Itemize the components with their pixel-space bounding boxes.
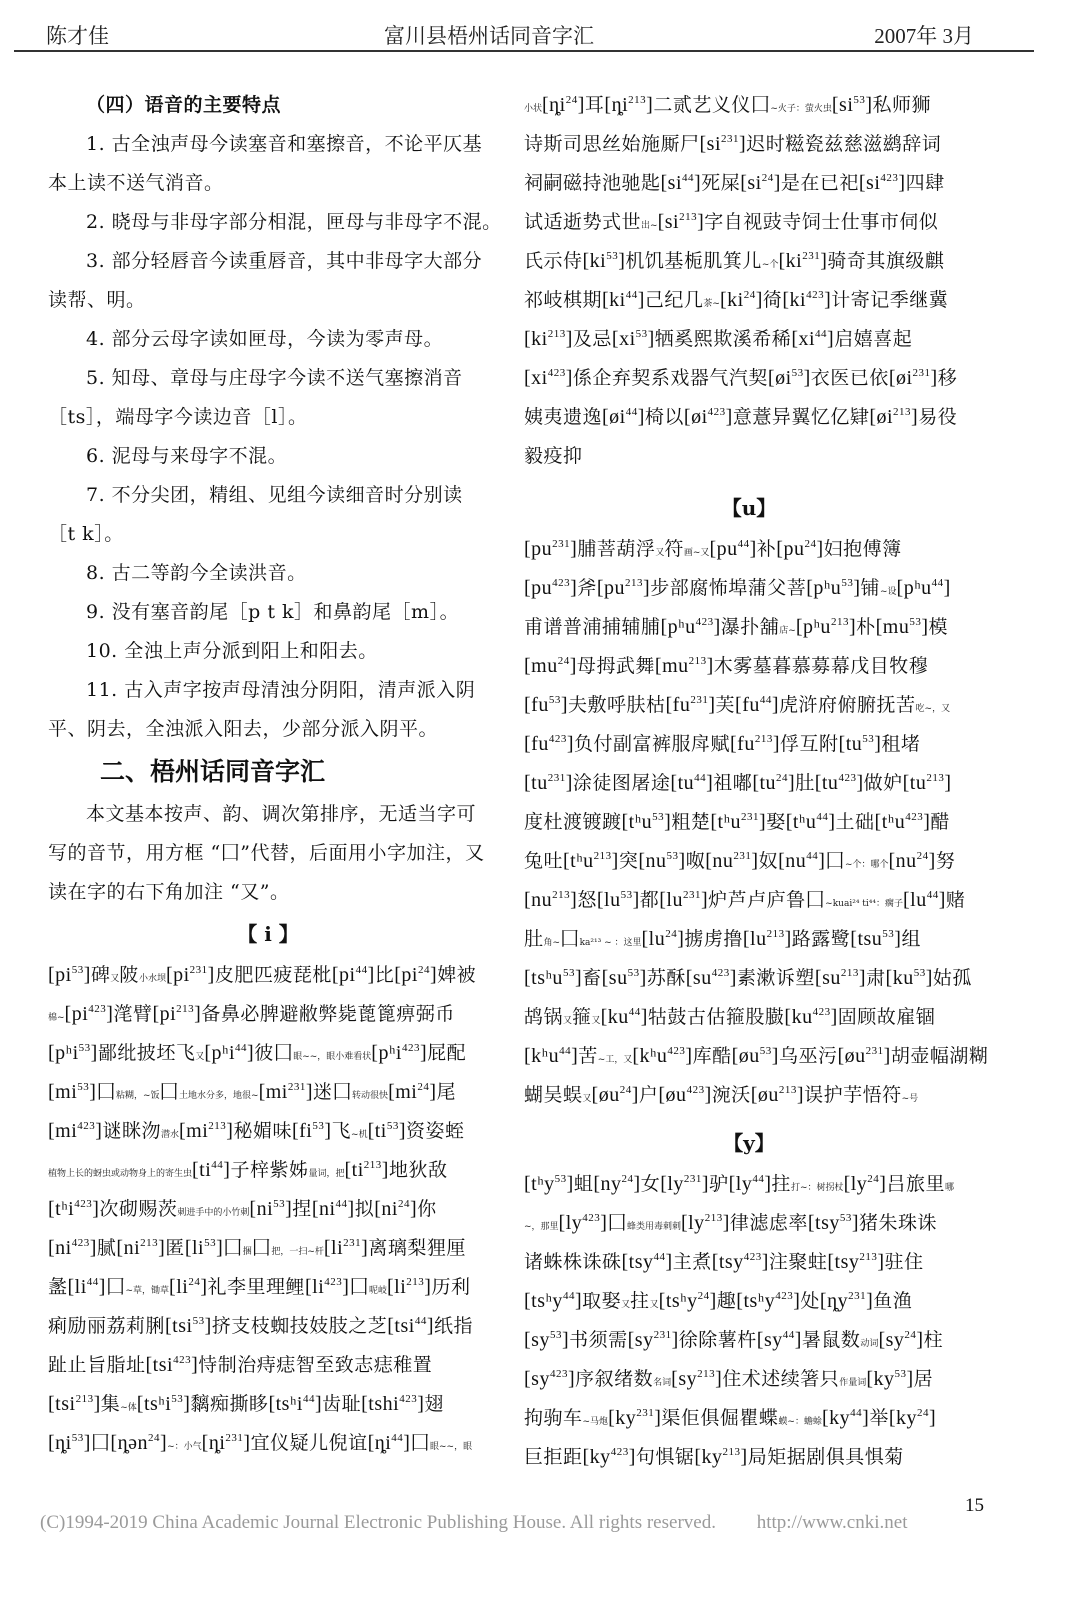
homophone-characters: 涴沃 [712, 1084, 751, 1106]
feature-item: 2. 晓母与非母字部分相混，匣母与非母字不混。 [48, 203, 488, 242]
homophone-characters: 木雾墓暮慕募幕戊目牧穆 [714, 655, 929, 677]
tone-number: 44 [211, 1159, 223, 1171]
syllable-ipa: [ni53] [249, 1198, 292, 1220]
dictionary-line: 祠嗣磁持池驰匙[si44]死屎[si24]是在已祀[si423]四肆 [524, 164, 974, 203]
syllable-ipa: [tsu53] [850, 928, 901, 950]
syllable-ipa: [mi53] [48, 1081, 96, 1103]
syllable-ipa: [pʰu53] [806, 577, 860, 599]
dictionary-line: 盠[li44]囗~草，锄草[li24]礼李里理鲤[li423]囗呢岐[li213… [48, 1268, 488, 1307]
tone-number: 213 [679, 211, 697, 223]
tone-number: 24 [188, 1276, 200, 1288]
small-annotation: 打~：树拐杖 [791, 1183, 844, 1193]
tone-number: 44 [235, 1042, 247, 1054]
rhyme-i-entries: [pi53]碑又陂小水坝[pi231]皮肥匹疲琵枇[pi44]比[pi24]婢被… [48, 956, 488, 1463]
feature-item-continuation: ［ts］，端母字今读边音［l］。 [48, 398, 488, 437]
homophone-characters: 囗 [825, 850, 845, 872]
tone-number: 231 [683, 889, 701, 901]
homophone-characters: 婢被 [437, 964, 476, 986]
homophone-characters: 係企弃契系戏器气汽契 [573, 367, 768, 389]
homophone-characters: 资姿蛭 [406, 1120, 465, 1142]
homophone-characters: 拄 [630, 1290, 650, 1312]
syllable-ipa: [pʰu423] [661, 616, 721, 638]
homophone-characters: 趾止旨脂址 [48, 1354, 146, 1376]
syllable-ipa: [ki231] [778, 250, 827, 272]
tone-number: 423 [611, 1446, 629, 1458]
tone-number: 53 [628, 967, 640, 979]
tone-number: 44 [738, 538, 750, 550]
syllable-ipa: [øu24] [592, 1084, 639, 1106]
syllable-ipa: [tu231] [524, 772, 573, 794]
tone-number: 53 [652, 811, 664, 823]
homophone-characters: 诗斯司思丝始施厮尸 [524, 133, 700, 155]
dictionary-line: 小状[ȵi24]耳[ȵi213]二贰艺义仪囗~火子：萤火虫[si53]私师狮 [524, 86, 974, 125]
homophone-characters: 虎浒府俯腑抚苦 [779, 694, 916, 716]
small-annotation: ~个 [762, 260, 779, 270]
homophone-characters: 乌巫污 [779, 1045, 838, 1067]
tone-number: 213 [406, 1276, 424, 1288]
syllable-ipa: [fu44] [735, 694, 779, 716]
homophone-characters: 牺奚熙欺溪希稀 [655, 328, 792, 350]
syllable-ipa: [si213] [658, 211, 705, 233]
tone-number: 231 [690, 694, 708, 706]
dictionary-line: [xi423]係企弃契系戏器气汽契[øi53]衣医已依[øi231]移 [524, 359, 974, 398]
syllable-ipa: [tsy53] [808, 1212, 859, 1234]
homophone-characters: 妇抱傅簿 [824, 538, 902, 560]
homophone-characters: 比 [375, 964, 395, 986]
small-annotation: 又 [583, 1094, 592, 1104]
syllable-ipa: [ly24] [844, 1173, 887, 1195]
copyright-footer: (C)1994-2019 China Academic Journal Elec… [40, 1512, 907, 1534]
tone-number: 24 [904, 1329, 916, 1341]
homophone-characters: 暑鼠数 [802, 1329, 861, 1351]
syllable-ipa: [ȵi213] [604, 94, 653, 116]
tone-number: 423 [696, 616, 714, 628]
dictionary-line: 痢励丽荔莉脷[tsi53]挤支枝蜘技妓肢之芝[tsi44]纸指 [48, 1307, 488, 1346]
syllable-ipa: [lu44] [903, 889, 946, 911]
syllable-ipa: [ȵi231] [202, 1432, 251, 1454]
feature-item: 5. 知母、章母与庄母字今读不送气塞擦消音 [48, 359, 488, 398]
tone-number: 53 [606, 250, 618, 262]
dictionary-line: [tsʰy44]取娶又拄又[tsʰy24]趣[tsʰy423]处[ȵy231]鱼… [524, 1282, 974, 1321]
syllable-ipa: [sy53] [524, 1329, 569, 1351]
homophone-characters: 骑奇其旗级麒 [827, 250, 944, 272]
homophone-characters: 迷囗 [313, 1081, 352, 1103]
syllable-ipa: [sy423] [524, 1368, 575, 1390]
homophone-characters: 女 [641, 1173, 661, 1195]
tone-number: 423 [582, 1212, 600, 1224]
homophone-characters: 局矩据剧俱具惧菊 [748, 1446, 904, 1468]
homophone-characters: 渠佢俱倔瞿蝶 [661, 1407, 778, 1429]
header-author: 陈才佳 [46, 20, 109, 50]
homophone-characters: 谜眯沕 [102, 1120, 161, 1142]
syllable-ipa: [pu213] [597, 577, 650, 599]
homophone-characters: 猪朱珠诛 [859, 1212, 937, 1234]
tone-number: 213 [779, 1084, 797, 1096]
homophone-characters: 字自视豉寺饲士仕事市伺似 [704, 211, 938, 233]
tone-number: 53 [882, 928, 894, 940]
syllable-ipa: [tsʰi53] [137, 1393, 191, 1415]
tone-number: 213 [364, 1159, 382, 1171]
tone-number: 44 [87, 1276, 99, 1288]
small-annotation: 土地水分多，地很~ [179, 1091, 259, 1101]
homophone-characters: 移 [938, 367, 958, 389]
rhyme-y-entries: [tʰy53]蛆[ny24]女[ly231]驴[ly44]拄打~：树拐杖[ly2… [524, 1165, 974, 1477]
tone-number: 53 [193, 1315, 205, 1327]
syllable-ipa: [xi53] [612, 328, 655, 350]
tone-number: 53 [563, 967, 575, 979]
tone-number: 213 [689, 655, 707, 667]
syllable-ipa: [ti53] [368, 1120, 406, 1142]
homophone-characters: 箍 [572, 1006, 592, 1028]
syllable-ipa: [mi423] [48, 1120, 102, 1142]
tone-number: 423 [77, 1120, 95, 1132]
syllable-ipa: [pi231] [166, 964, 215, 986]
syllable-ipa: [pu231] [524, 538, 577, 560]
tone-number: 24 [620, 1084, 632, 1096]
homophone-characters: 朴 [856, 616, 876, 638]
tone-number: 231 [848, 1290, 866, 1302]
syllable-ipa: [tsy44] [622, 1251, 673, 1273]
syllable-ipa: [pi423] [65, 1003, 114, 1025]
syllable-ipa: [ki24] [720, 289, 763, 311]
syllable-ipa: [kʰu423] [632, 1045, 692, 1067]
left-column: （四）语音的主要特点 1. 古全浊声母今读塞音和塞擦音，不论平仄基本上读不送气消… [48, 86, 488, 1463]
syllable-ipa: [tsʰi44] [268, 1393, 322, 1415]
homophone-characters: 蝴吴蜈 [524, 1084, 583, 1106]
syllable-ipa: [tshi423] [361, 1393, 424, 1415]
homophone-characters: 挤支枝蜘技妓肢之芝 [212, 1315, 388, 1337]
homophone-characters: 涂徒图屠途 [573, 772, 671, 794]
tone-number: 44 [629, 1006, 641, 1018]
tone-number: 53 [387, 1120, 399, 1132]
feature-item: 8. 古二等韵今全读洪音。 [48, 554, 488, 593]
homophone-characters: 俘互附 [780, 733, 839, 755]
tone-number: 423 [880, 172, 898, 184]
syllable-ipa: [tʰu44] [786, 811, 836, 833]
homophone-characters: 计寄记季继冀 [831, 289, 948, 311]
homophone-characters: 囗 [106, 1276, 126, 1298]
page-number: 15 [965, 1495, 984, 1517]
tone-number: 24 [558, 655, 570, 667]
homophone-characters: 户 [639, 1084, 659, 1106]
small-annotation: ~个：哪个 [845, 860, 889, 870]
tone-number: 231 [548, 772, 566, 784]
homophone-characters: 铺 [860, 577, 880, 599]
syllable-ipa: [lu213] [743, 928, 792, 950]
syllable-ipa: [øi423] [684, 406, 733, 428]
homophone-characters: 祖嘟 [713, 772, 752, 794]
small-annotation: ~体 [120, 1403, 137, 1413]
dictionary-line: [pʰi53]鄙纰披坯飞又[pʰi44]彼囗眼~~，眼小难看状[pʰi423]屁… [48, 1034, 488, 1073]
homophone-characters: 徐除薯杵 [679, 1329, 757, 1351]
tone-number: 213 [841, 967, 859, 979]
syllable-ipa: [tsʰu53] [524, 967, 582, 989]
syllable-ipa: [ki423] [782, 289, 831, 311]
homophone-characters: 你 [417, 1198, 437, 1220]
homophone-characters: 肃 [866, 967, 886, 989]
small-annotation: 捆 [243, 1247, 252, 1257]
intro-paragraph-line: 读在字的右下角加注 “又”。 [48, 873, 488, 912]
homophone-characters: 组 [901, 928, 921, 950]
tone-number: 53 [760, 1045, 772, 1057]
tone-number: 53 [909, 616, 921, 628]
syllable-ipa: [lu53] [597, 889, 640, 911]
syllable-ipa: [fu53] [524, 694, 568, 716]
rhyme-heading-y: 【y】 [524, 1121, 974, 1165]
dictionary-line: 祁岐棋期[ki44]己纪几茶~[ki24]徛[ki423]计寄记季继冀 [524, 281, 974, 320]
small-annotation: ~草，锄草 [125, 1286, 169, 1296]
homophone-characters: 粗楚 [671, 811, 710, 833]
syllable-ipa: [mi213] [179, 1120, 233, 1142]
syllable-ipa: [ni423] [48, 1237, 97, 1259]
syllable-ipa: [nu53] [638, 850, 685, 872]
homophone-characters: 努 [936, 850, 956, 872]
syllable-ipa: [pu44] [709, 538, 756, 560]
tone-number: 44 [682, 172, 694, 184]
syllable-ipa: [ky53] [866, 1368, 913, 1390]
syllable-ipa: [su53] [602, 967, 647, 989]
homophone-characters: 鸪锅 [524, 1006, 563, 1028]
homophone-characters: 地狄敌 [389, 1159, 448, 1181]
dictionary-line: [sy423]序叙绪数名词[sy213]住术述续箸只作量词[ky53]居 [524, 1360, 974, 1399]
syllable-ipa: [pi213] [152, 1003, 201, 1025]
tone-number: 213 [831, 616, 849, 628]
syllable-ipa: [pʰi423] [371, 1042, 427, 1064]
dictionary-line: [fu53]夫敷呼肤枯[fu231]芙[fu44]虎浒府俯腑抚苦吃~，又 [524, 686, 974, 725]
syllable-ipa: [ku53] [886, 967, 933, 989]
homophone-characters: 衣医已依 [811, 367, 889, 389]
small-annotation: 画~又 [684, 548, 710, 558]
syllable-ipa: [tsi44] [387, 1315, 434, 1337]
tone-number: 53 [667, 850, 679, 862]
running-header: 陈才佳 富川县梧州话同音字汇 2007年 3月 [14, 14, 1034, 52]
syllable-ipa: [fu423] [524, 733, 574, 755]
syllable-ipa: [pi24] [394, 964, 437, 986]
syllable-ipa: [su213] [815, 967, 866, 989]
footer-url[interactable]: http://www.cnki.net [757, 1512, 908, 1533]
tone-number: 423 [667, 1045, 685, 1057]
tone-number: 423 [905, 811, 923, 823]
tone-number: 423 [549, 733, 567, 745]
homophone-characters: 迟时糍瓷兹慈滋鹚辞词 [746, 133, 941, 155]
rhyme-i-entries-continued: 小状[ȵi24]耳[ȵi213]二贰艺义仪囗~火子：萤火虫[si53]私师狮诗斯… [524, 86, 974, 476]
tone-number: 44 [654, 1251, 666, 1263]
syllable-ipa: [nu213] [524, 889, 577, 911]
small-annotation: ka²¹³ ~ ：这里 [580, 938, 642, 948]
homophone-characters: 土础 [836, 811, 875, 833]
small-annotation: 店~ [779, 626, 796, 636]
syllable-ipa: [pʰi44] [204, 1042, 254, 1064]
syllable-ipa: [sy44] [757, 1329, 802, 1351]
feature-item: 9. 没有塞音韵尾［p t k］和鼻韵尾［m］。 [48, 593, 488, 632]
syllable-ipa: [pʰu213] [796, 616, 856, 638]
syllable-ipa: [mu53] [876, 616, 929, 638]
homophone-characters: 徛 [763, 289, 783, 311]
tone-number: 423 [744, 1251, 762, 1263]
intro-paragraph-line: 写的音节，用方框 “囗”代替，后面用小字加注，又 [48, 834, 488, 873]
dictionary-line: [pi53]碑又陂小水坝[pi231]皮肥匹疲琵枇[pi44]比[pi24]婢被 [48, 956, 488, 995]
tone-number: 231 [684, 1173, 702, 1185]
tone-number: 423 [813, 1006, 831, 1018]
dictionary-line: 诗斯司思丝始施厮尸[si231]迟时糍瓷兹慈滋鹚辞词 [524, 125, 974, 164]
syllable-ipa: [tʰi423] [48, 1198, 99, 1220]
tone-number: 213 [552, 889, 570, 901]
homophone-characters: 库酷 [693, 1045, 732, 1067]
syllable-ipa: [pu423] [524, 577, 577, 599]
dictionary-line: [pu423]斧[pu213]步部腐怖埠蒲父菩[pʰu53]铺~设[pʰu44] [524, 569, 974, 608]
homophone-characters: 素漱诉塑 [737, 967, 815, 989]
tone-number: 231 [802, 250, 820, 262]
dictionary-line: 蝴吴蜈又[øu24]户[øu423]涴沃[øu213]误护芋悟符~号 [524, 1076, 974, 1115]
homophone-characters: 模 [929, 616, 949, 638]
homophone-characters: 租堵 [881, 733, 920, 755]
syllable-ipa: [ni44] [312, 1198, 355, 1220]
syllable-ipa: [ly423] [559, 1212, 608, 1234]
syllable-ipa: [sy24] [878, 1329, 923, 1351]
small-annotation: 作量词 [839, 1378, 866, 1388]
syllable-ipa: [ki53] [583, 250, 626, 272]
small-annotation: 又 [650, 1300, 659, 1310]
homophone-characters: 己纪几 [645, 289, 704, 311]
rhyme-heading-i: 【 i 】 [48, 912, 488, 956]
small-annotation: 哪 [945, 1183, 954, 1193]
homophone-characters: 炉芦卢庐鲁囗 [708, 889, 825, 911]
homophone-characters: 补 [757, 538, 777, 560]
homophone-characters: 鱼渔 [873, 1290, 912, 1312]
dictionary-line: 甫谱普浦捕辅脯[pʰu423]瀑扑舖店~[pʰu213]朴[mu53]模 [524, 608, 974, 647]
homophone-characters: 掳虏撸 [684, 928, 743, 950]
small-annotation: 又 [195, 1052, 204, 1062]
tone-number: 53 [204, 1237, 216, 1249]
syllable-ipa: [li231] [324, 1237, 368, 1259]
syllable-ipa: [mu213] [655, 655, 714, 677]
tone-number: 423 [74, 1198, 92, 1210]
tone-number: 213 [625, 577, 643, 589]
phonetic-features-list: 1. 古全浊声母今读塞音和塞擦音，不论平仄基本上读不送气消音。2. 晓母与非母字… [48, 125, 488, 749]
small-annotation: 潜水 [161, 1130, 179, 1140]
syllable-ipa: [lu24] [641, 928, 684, 950]
tone-number: 213 [548, 328, 566, 340]
syllable-ipa: [tsi213] [48, 1393, 101, 1415]
small-annotation: 转动很快 [352, 1091, 388, 1101]
syllable-ipa: [nu231] [705, 850, 758, 872]
tone-number: 44 [850, 1407, 862, 1419]
syllable-ipa: [ȵi53] [48, 1432, 91, 1454]
small-annotation: 把，一扫~杆 [271, 1247, 324, 1257]
homophone-characters: 离璃梨狸厘 [368, 1237, 466, 1259]
syllable-ipa: [tsy213] [827, 1251, 884, 1273]
syllable-ipa: [ku44] [601, 1006, 648, 1028]
dictionary-line: 巨拒距[ky423]句惧锯[ky213]局矩据剧俱具惧菊 [524, 1438, 974, 1477]
syllable-ipa: [si24] [740, 172, 781, 194]
syllable-ipa: [ti44] [192, 1159, 230, 1181]
homophone-characters: 陂 [119, 964, 139, 986]
tone-number: 231 [741, 811, 759, 823]
homophone-characters: 举 [869, 1407, 889, 1429]
tone-number: 213 [755, 733, 773, 745]
tone-number: 423 [708, 406, 726, 418]
tone-number: 24 [776, 772, 788, 784]
homophone-characters: 吕旅里 [886, 1173, 945, 1195]
tone-number: 231 [733, 850, 751, 862]
homophone-characters: 固顾故雇锢 [838, 1006, 936, 1028]
syllable-ipa: [pʰu44] [897, 577, 951, 599]
homophone-characters: 囗 [349, 1276, 369, 1298]
dictionary-line: 植物上长的蚜虫或动物身上的寄生虫[ti44]子梓紫姊量词，把[ti213]地狄敌 [48, 1151, 488, 1190]
syllable-ipa: [ky231] [608, 1407, 661, 1429]
syllable-ipa: [øi213] [869, 406, 918, 428]
tone-number: 44 [815, 328, 827, 340]
dictionary-line: [tʰi423]次砌赐茨刺进手中的小竹刺[ni53]捏[ni44]拟[ni24]… [48, 1190, 488, 1229]
homophone-characters: 处 [800, 1290, 820, 1312]
homophone-characters: 囗 [160, 1081, 180, 1103]
dictionary-line: [mu24]母拇武舞[mu213]木雾墓暮慕募幕戊目牧穆 [524, 647, 974, 686]
dictionary-line: 毅疫抑 [524, 437, 974, 476]
homophone-characters: 集 [101, 1393, 121, 1415]
dictionary-line: [ki213]及忌[xi53]牺奚熙欺溪希稀[xi44]启嬉喜起 [524, 320, 974, 359]
homophone-characters: 脯菩葫浮 [577, 538, 655, 560]
homophone-characters: 蛆 [574, 1173, 594, 1195]
homophone-characters: 驴 [709, 1173, 729, 1195]
homophone-characters: 注聚蛀 [769, 1251, 828, 1273]
syllable-ipa: [li53] [185, 1237, 223, 1259]
homophone-characters: 子梓紫姊 [230, 1159, 308, 1181]
tone-number: 213 [893, 406, 911, 418]
tone-number: 24 [622, 1173, 634, 1185]
rhyme-heading-u: 【u】 [524, 486, 974, 530]
tone-number: 231 [636, 1407, 654, 1419]
feature-item: 11. 古入声字按声母清浊分阴阳，清声派入阴 [48, 671, 488, 710]
tone-number: 44 [816, 811, 828, 823]
syllable-ipa: [si231] [700, 133, 747, 155]
homophone-characters: 路露鹭 [792, 928, 851, 950]
homophone-characters: 呶 [686, 850, 706, 872]
homophone-characters: 腻 [97, 1237, 117, 1259]
small-annotation: 茶~ [703, 299, 720, 309]
small-annotation: ~：小气 [167, 1442, 202, 1452]
homophone-characters: 步部腐怖埠蒲父菩 [650, 577, 806, 599]
homophone-characters: 驻住 [885, 1251, 924, 1273]
homophone-characters: 翅 [424, 1393, 444, 1415]
syllable-ipa: [ly213] [681, 1212, 730, 1234]
syllable-ipa: [mi24] [388, 1081, 436, 1103]
tone-number: 231 [866, 1045, 884, 1057]
tone-number: 44 [626, 289, 638, 301]
homophone-characters: 做妒 [864, 772, 903, 794]
syllable-ipa: [tsi53] [165, 1315, 212, 1337]
syllable-ipa: [mi231] [259, 1081, 313, 1103]
homophone-characters: 胡壶幅湖糊 [891, 1045, 989, 1067]
syllable-ipa: [mu24] [524, 655, 577, 677]
homophone-characters: 肚 [795, 772, 815, 794]
dictionary-line: 氏示侍[ki53]机饥基栀肌箕儿~个[ki231]骑奇其旗级麒 [524, 242, 974, 281]
tone-number: 423 [806, 289, 824, 301]
dictionary-line: 姨夷遗逸[øi44]椅以[øi423]意薏异翼忆亿肄[øi213]易役 [524, 398, 974, 437]
tone-number: 53 [914, 967, 926, 979]
dictionary-line: 兔吐[tʰu213]突[nu53]呶[nu231]奴[nu44]囗~个：哪个[n… [524, 842, 974, 881]
homophone-characters: 秘媚味 [233, 1120, 292, 1142]
tone-number: 231 [288, 1081, 306, 1093]
small-annotation: 刺进手中的小竹刺 [177, 1208, 249, 1218]
homophone-characters: 黐痴撕眵 [190, 1393, 268, 1415]
tone-number: 213 [208, 1120, 226, 1132]
tone-number: 53 [621, 889, 633, 901]
small-annotation: 角~ [544, 938, 561, 948]
syllable-ipa: [ki44] [602, 289, 645, 311]
homophone-characters: 及忌 [573, 328, 612, 350]
tone-number: 44 [932, 577, 944, 589]
syllable-ipa: [si53] [832, 94, 873, 116]
